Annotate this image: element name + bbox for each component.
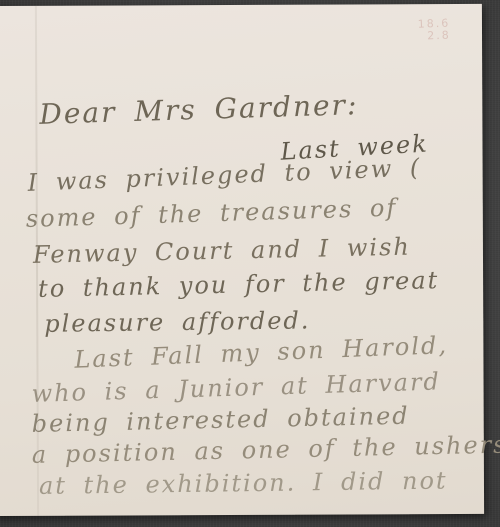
letter-line: Fenway Court and I wish (33, 233, 411, 269)
letter-line: Dear Mrs Gardner: (39, 88, 359, 131)
photo-background: 18.6 2.8 Dear Mrs Gardner:Last weekI was… (0, 0, 500, 527)
letter-body: Dear Mrs Gardner:Last weekI was privileg… (0, 4, 484, 516)
letter-paper: 18.6 2.8 Dear Mrs Gardner:Last weekI was… (0, 4, 484, 516)
letter-line: being interested obtained (31, 402, 409, 438)
letter-line: at the exhibition. I did not (39, 467, 448, 500)
letter-line: I was privileged to view ( (27, 153, 422, 196)
letter-line: some of the treasures of (25, 194, 397, 233)
letter-line: Last Fall my son Harold, (74, 331, 449, 374)
letter-line: pleasure afforded. (44, 306, 311, 337)
letter-line: to thank you for the great (38, 266, 440, 303)
